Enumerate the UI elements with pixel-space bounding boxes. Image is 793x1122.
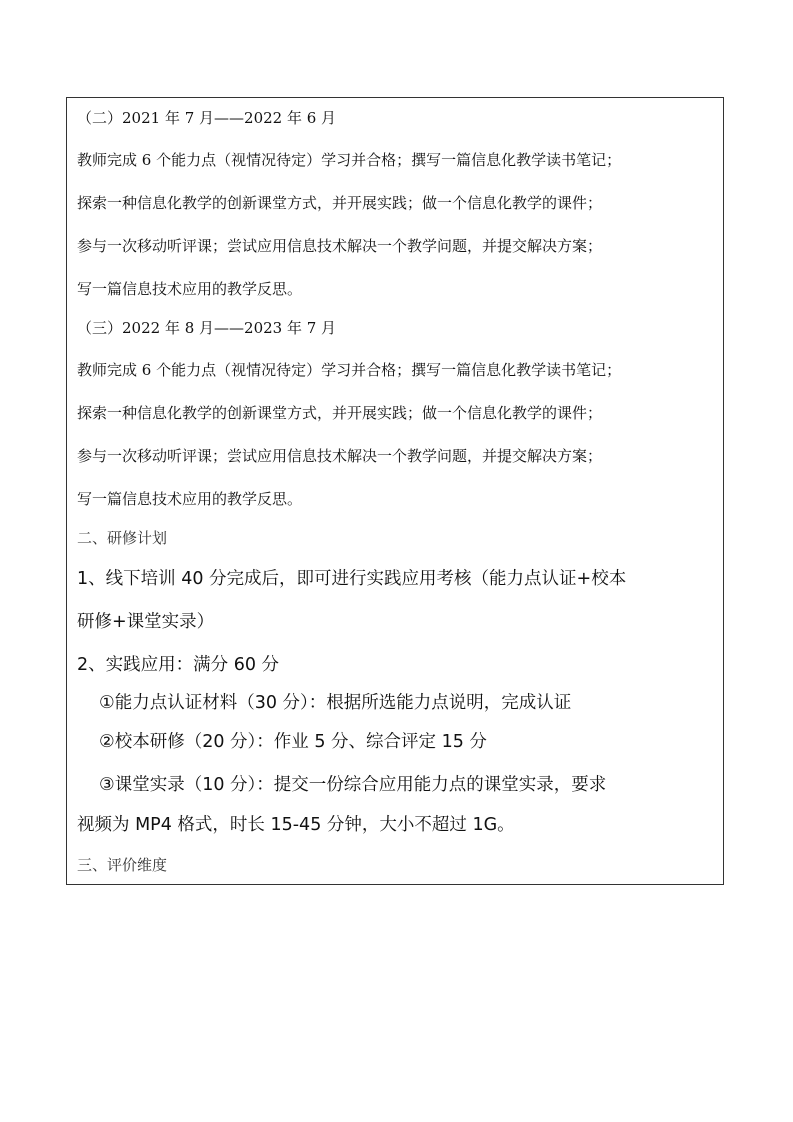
section2-item1-line2: 研修+课堂实录） (77, 608, 214, 633)
phase3-heading: （三）2022 年 8 月——2023 年 7 月 (77, 317, 336, 338)
section2-sub3-line2: 视频为 MP4 格式，时长 15-45 分钟，大小不超过 1G。 (77, 811, 515, 836)
phase3-line-4: 写一篇信息技术应用的教学反思。 (77, 488, 302, 509)
phase3-line-2: 探索一种信息化教学的创新课堂方式，并开展实践；做一个信息化教学的课件； (77, 402, 602, 423)
phase2-line-1: 教师完成 6 个能力点（视情况待定）学习并合格；撰写一篇信息化教学读书笔记； (77, 149, 621, 170)
section2-item1-line1: 1、线下培训 40 分完成后，即可进行实践应用考核（能力点认证+校本 (77, 565, 626, 590)
section2-item2: 2、实践应用：满分 60 分 (77, 651, 279, 676)
section2-heading: 二、研修计划 (77, 527, 167, 548)
phase2-line-2: 探索一种信息化教学的创新课堂方式，并开展实践；做一个信息化教学的课件； (77, 192, 602, 213)
phase2-line-4: 写一篇信息技术应用的教学反思。 (77, 278, 302, 299)
phase2-heading: （二）2021 年 7 月——2022 年 6 月 (77, 107, 336, 128)
section2-sub3-line1: ③课堂实录（10 分）：提交一份综合应用能力点的课堂实录，要求 (99, 771, 606, 796)
plan-table-cell: （二）2021 年 7 月——2022 年 6 月 教师完成 6 个能力点（视情… (66, 97, 724, 885)
section2-sub2: ②校本研修（20 分）：作业 5 分、综合评定 15 分 (99, 728, 487, 753)
section3-heading: 三、评价维度 (77, 854, 167, 875)
phase3-line-3: 参与一次移动听评课；尝试应用信息技术解决一个教学问题，并提交解决方案； (77, 445, 602, 466)
section2-sub1: ①能力点认证材料（30 分）：根据所选能力点说明，完成认证 (99, 689, 571, 714)
phase2-line-3: 参与一次移动听评课；尝试应用信息技术解决一个教学问题，并提交解决方案； (77, 235, 602, 256)
phase3-line-1: 教师完成 6 个能力点（视情况待定）学习并合格；撰写一篇信息化教学读书笔记； (77, 359, 621, 380)
